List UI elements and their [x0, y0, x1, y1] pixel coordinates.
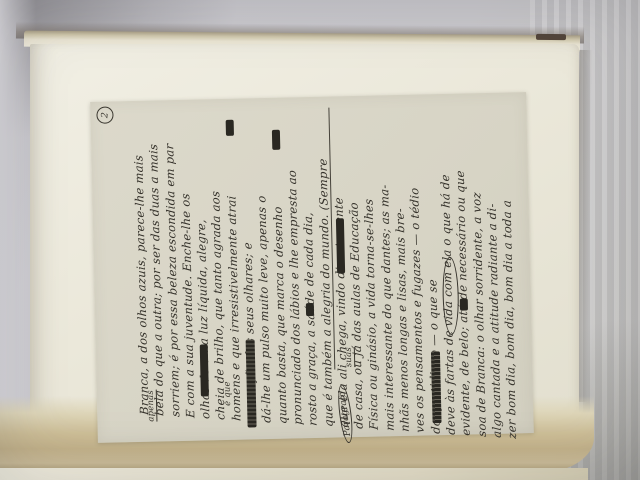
interline-insertion: é que — [223, 381, 234, 406]
manuscript-text-block: Branca, a dos olhos azuis, parece-lhe ma… — [94, 88, 530, 448]
scribble-mark — [226, 119, 234, 135]
interline-insertion: suas — [344, 346, 355, 366]
book-bottom-page-edge — [0, 468, 588, 480]
manuscript-upright-content: 2 Branca, a dos olhos azuis, parece-lhe … — [94, 97, 529, 439]
scribble-mark — [200, 344, 209, 396]
scribble-mark — [336, 218, 345, 273]
book-cover-edge — [536, 34, 566, 40]
scribble-mark — [460, 298, 468, 310]
interline-insertion: apenas — [146, 389, 158, 421]
scribble-mark — [306, 302, 314, 315]
scribble-mark — [431, 351, 442, 423]
scribble-mark — [272, 129, 280, 149]
manuscript-facsimile: 2 Branca, a dos olhos azuis, parece-lhe … — [90, 92, 534, 443]
